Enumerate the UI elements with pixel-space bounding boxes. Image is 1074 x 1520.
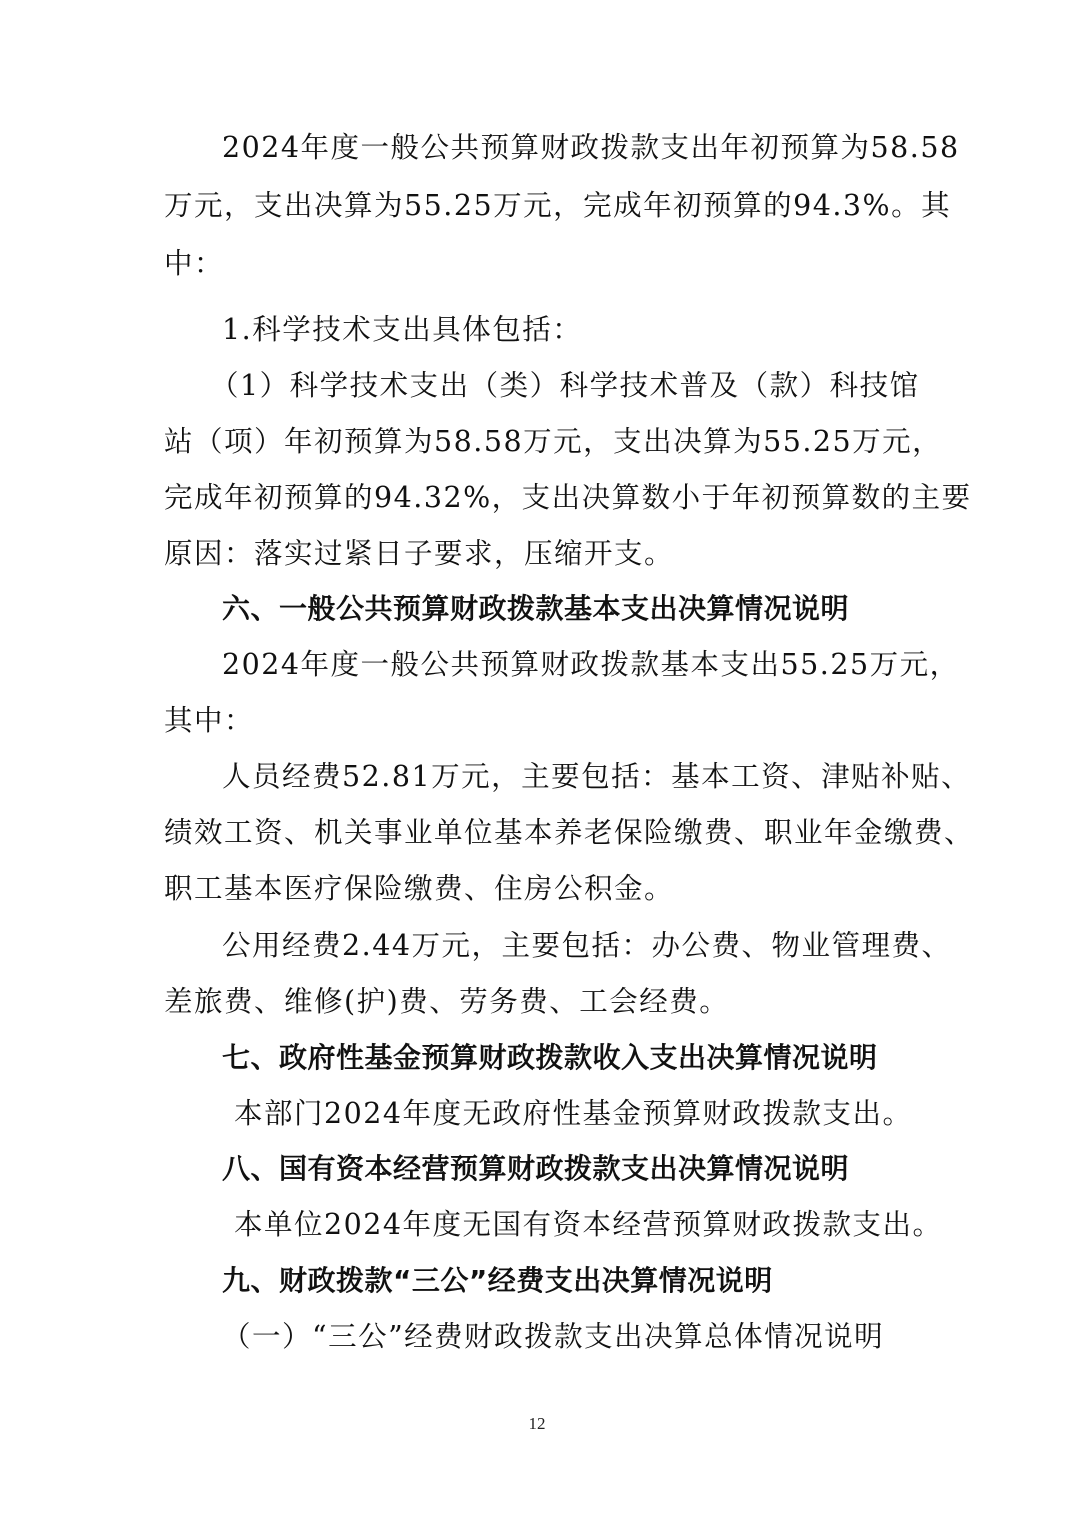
sub-heading: （一）“三公”经费财政拨款支出决算总体情况说明	[222, 1317, 972, 1357]
paragraph-line: 2024年度一般公共预算财政拨款支出年初预算为58.58	[222, 128, 972, 168]
paragraph-line: （1）科学技术支出（类）科学技术普及（款）科技馆	[210, 366, 960, 406]
paragraph-line: 完成年初预算的94.32%，支出决算数小于年初预算数的主要	[164, 478, 914, 518]
section-heading-9: 九、财政拨款“三公”经费支出决算情况说明	[222, 1261, 972, 1301]
paragraph-line: 万元，支出决算为55.25万元，完成年初预算的94.3%。其	[164, 186, 914, 226]
paragraph-line: 2024年度一般公共预算财政拨款基本支出55.25万元，	[222, 645, 972, 685]
paragraph-line: 原因：落实过紧日子要求，压缩开支。	[164, 534, 914, 574]
paragraph-line: 人员经费52.81万元，主要包括：基本工资、津贴补贴、	[222, 757, 972, 797]
paragraph-line: 中：	[164, 244, 914, 284]
paragraph-line: 站（项）年初预算为58.58万元，支出决算为55.25万元，	[164, 422, 914, 462]
paragraph-line: 其中：	[164, 701, 914, 741]
paragraph-line: 差旅费、维修(护)费、劳务费、工会经费。	[164, 982, 914, 1022]
paragraph-line: 绩效工资、机关事业单位基本养老保险缴费、职业年金缴费、	[164, 813, 914, 853]
document-page: 2024年度一般公共预算财政拨款支出年初预算为58.58 万元，支出决算为55.…	[0, 0, 1074, 1520]
section-heading-6: 六、一般公共预算财政拨款基本支出决算情况说明	[222, 589, 972, 629]
section-heading-8: 八、国有资本经营预算财政拨款支出决算情况说明	[222, 1149, 972, 1189]
paragraph-line: 本单位2024年度无国有资本经营预算财政拨款支出。	[234, 1205, 984, 1245]
section-heading-7: 七、政府性基金预算财政拨款收入支出决算情况说明	[222, 1038, 972, 1078]
paragraph-line: 公用经费2.44万元，主要包括：办公费、物业管理费、	[222, 926, 972, 966]
page-number: 12	[0, 1414, 1074, 1434]
paragraph-line: 职工基本医疗保险缴费、住房公积金。	[164, 869, 914, 909]
list-item-title: 1.科学技术支出具体包括：	[222, 310, 972, 350]
paragraph-line: 本部门2024年度无政府性基金预算财政拨款支出。	[234, 1094, 984, 1134]
